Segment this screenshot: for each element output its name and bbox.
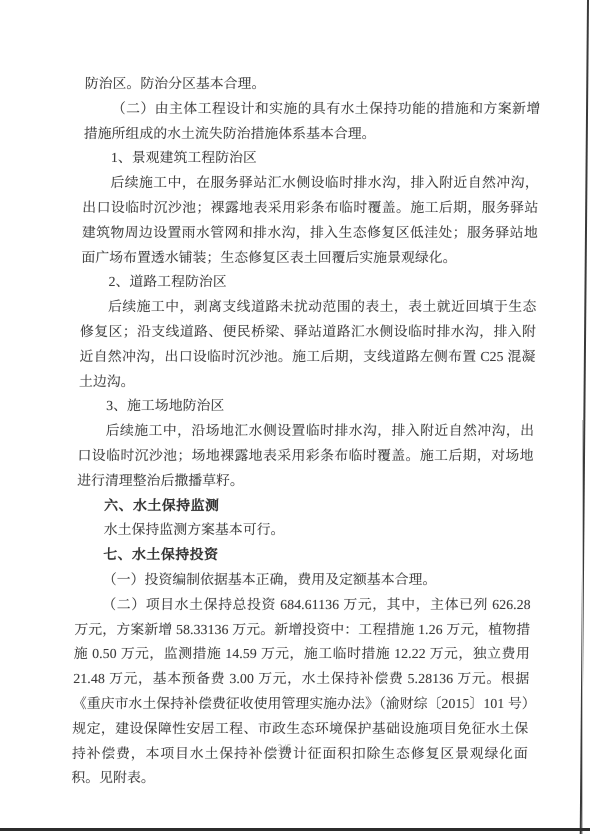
paragraph: （二）项目水土保持总投资 684.61136 万元，其中，主体已列 626.28… (71, 593, 531, 791)
sub-heading-3: 3、施工场地防治区 (78, 394, 534, 419)
paragraph-continuation: 防治区。防治分区基本合理。 (85, 72, 541, 97)
document-text-block: 防治区。防治分区基本合理。 （二）由主体工程设计和实施的具有水土保持功能的措施和… (71, 72, 541, 791)
paragraph: 水土保持监测方案基本可行。 (76, 518, 532, 543)
scan-page-edge-right-faint (582, 420, 583, 834)
section-heading-6: 六、水土保持监测 (76, 494, 532, 519)
section-heading-7: 七、水土保持投资 (75, 543, 531, 568)
paragraph: （一）投资编制依据基本正确，费用及定额基本合理。 (75, 568, 531, 593)
sub-heading-1: 1、景观建筑工程防治区 (83, 146, 539, 171)
sub-heading-2: 2、道路工程防治区 (81, 270, 537, 295)
page-number: 3/5 (0, 743, 580, 753)
paragraph: 后续施工中，沿场地汇水侧设置临时排水沟，排入附近自然冲沟，出口设临时沉沙池；场地… (77, 419, 534, 493)
paragraph: 后续施工中，在服务驿站汇水侧设临时排水沟，排入附近自然冲沟，出口设临时沉沙池；裸… (81, 171, 539, 270)
paragraph: 后续施工中，剥离支线道路未扰动范围的表土，表土就近回填于生态修复区；沿支线道路、… (79, 295, 537, 394)
document-page: 防治区。防治分区基本合理。 （二）由主体工程设计和实施的具有水土保持功能的措施和… (0, 0, 590, 834)
paragraph: （二）由主体工程设计和实施的具有水土保持功能的措施和方案新增措施所组成的水土流失… (84, 97, 541, 147)
scan-page-edge-bottom (0, 828, 590, 831)
